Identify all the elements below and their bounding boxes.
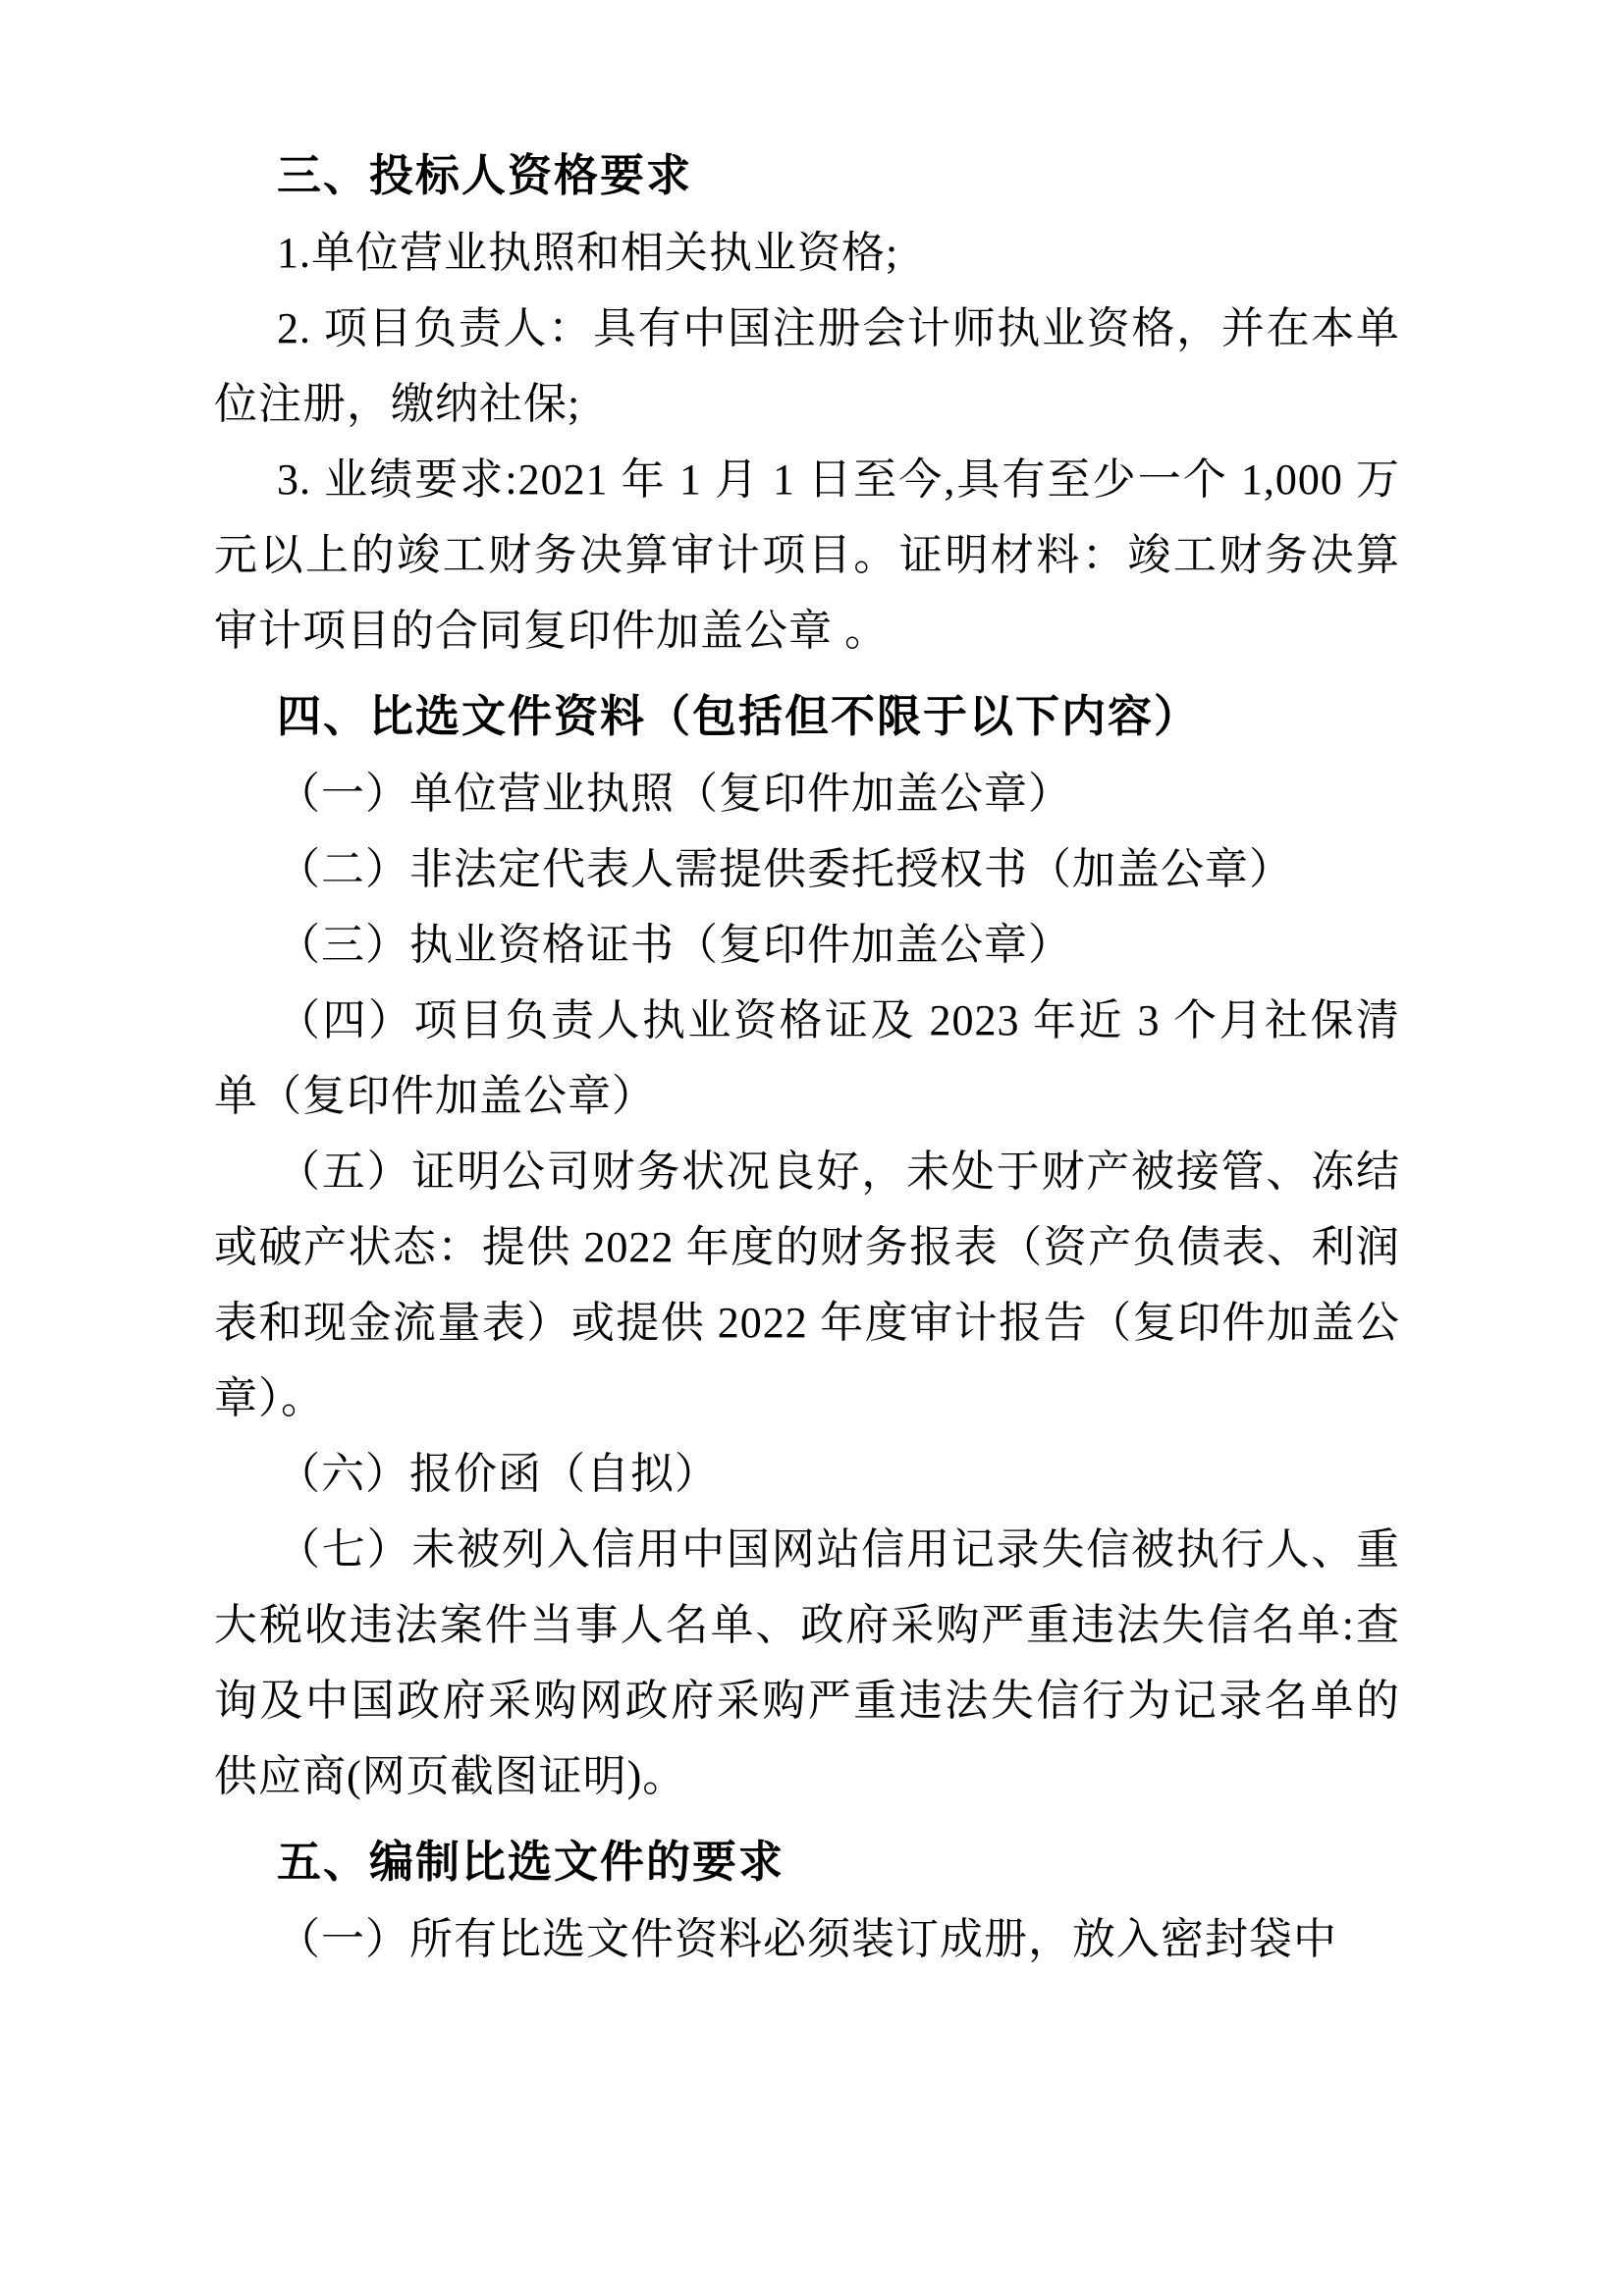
paragraph-seal-1: （一）所有比选文件资料必须装订成册，放入密封袋中 (214, 1901, 1400, 1977)
paragraph-list-6: （六）报价函（自拟） (214, 1436, 1400, 1512)
section-heading-4: 四、比选文件资料（包括但不限于以下内容） (214, 678, 1400, 754)
paragraph-list-3: （三）执业资格证书（复印件加盖公章） (214, 907, 1400, 983)
paragraph-list-5: （五）证明公司财务状况良好，未处于财产被接管、冻结或破产状态：提供 2022 年… (214, 1134, 1400, 1436)
paragraph-list-4: （四）项目负责人执业资格证及 2023 年近 3 个月社保清单（复印件加盖公章） (214, 983, 1400, 1134)
paragraph-list-7: （七）未被列入信用中国网站信用记录失信被执行人、重大税收违法案件当事人名单、政府… (214, 1512, 1400, 1814)
document-body: 三、投标人资格要求1.单位营业执照和相关执业资格;2. 项目负责人：具有中国注册… (214, 137, 1400, 1977)
document-page: 三、投标人资格要求1.单位营业执照和相关执业资格;2. 项目负责人：具有中国注册… (0, 0, 1624, 2296)
paragraph-list-2: （二）非法定代表人需提供委托授权书（加盖公章） (214, 831, 1400, 907)
paragraph-item-3: 3. 业绩要求:2021 年 1 月 1 日至今,具有至少一个 1,000 万元… (214, 442, 1400, 668)
paragraph-item-1: 1.单位营业执照和相关执业资格; (214, 215, 1400, 291)
paragraph-list-1: （一）单位营业执照（复印件加盖公章） (214, 756, 1400, 831)
paragraph-item-2: 2. 项目负责人：具有中国注册会计师执业资格，并在本单位注册，缴纳社保; (214, 291, 1400, 442)
section-heading-5: 五、编制比选文件的要求 (214, 1824, 1400, 1899)
section-heading-3: 三、投标人资格要求 (214, 137, 1400, 213)
